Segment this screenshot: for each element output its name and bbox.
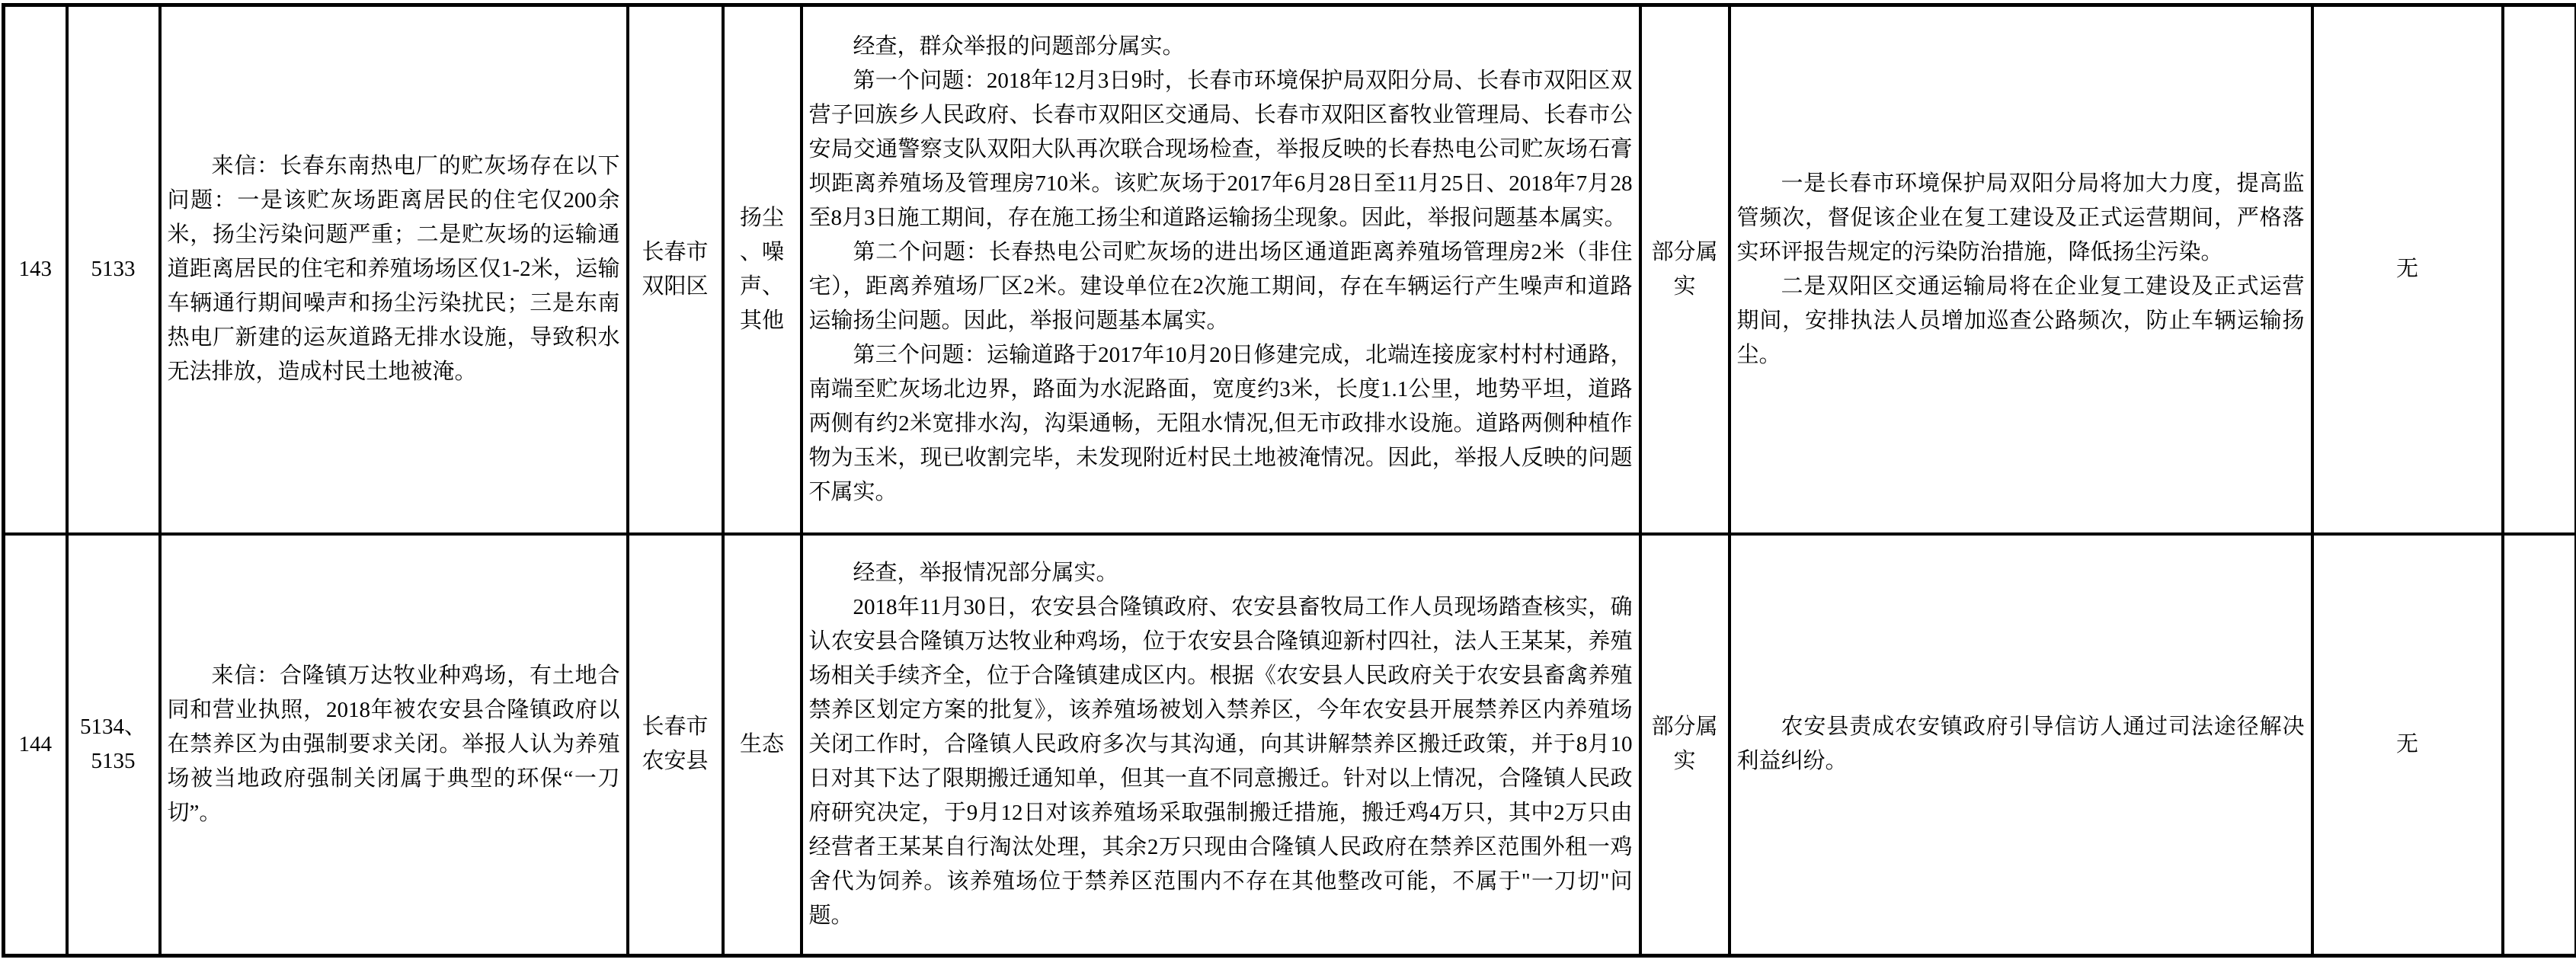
case-number-cell: 5134、 5135 — [67, 534, 160, 956]
remark-cell — [2503, 5, 2576, 534]
region-cell: 长春市 双阳区 — [628, 5, 723, 534]
verification-cell: 部分属 实 — [1640, 534, 1730, 956]
case-number-cell: 5133 — [67, 5, 160, 534]
measures-text: 一是长春市环境保护局双阳分局将加大力度，提高监管频次，督促该企业在复工建设及正式… — [1737, 167, 2305, 373]
measures-text: 农安县责成农安镇政府引导信访人通过司法途径解决利益纠纷。 — [1737, 710, 2305, 779]
table-row: 144 5134、 5135 来信：合隆镇万达牧业种鸡场，有土地合同和营业执照，… — [4, 534, 2576, 956]
accountability-cell: 无 — [2312, 534, 2503, 956]
verification-cell: 部分属 实 — [1640, 5, 1730, 534]
complaint-text: 来信：长春东南热电厂的贮灰场存在以下问题：一是该贮灰场距离居民的住宅仅200余米… — [168, 149, 620, 389]
complaint-cell: 来信：合隆镇万达牧业种鸡场，有土地合同和营业执照，2018年被农安县合隆镇政府以… — [160, 534, 628, 956]
investigation-cell: 经查，举报情况部分属实。2018年11月30日，农安县合隆镇政府、农安县畜牧局工… — [802, 534, 1640, 956]
complaint-text: 来信：合隆镇万达牧业种鸡场，有土地合同和营业执照，2018年被农安县合隆镇政府以… — [168, 659, 620, 830]
complaints-table: 143 5133 来信：长春东南热电厂的贮灰场存在以下问题：一是该贮灰场距离居民… — [2, 3, 2576, 958]
pollution-type-cell: 扬尘 、噪 声、 其他 — [723, 5, 802, 534]
investigation-text: 经查，举报情况部分属实。2018年11月30日，农安县合隆镇政府、农安县畜牧局工… — [809, 556, 1633, 933]
measures-cell: 一是长春市环境保护局双阳分局将加大力度，提高监管频次，督促该企业在复工建设及正式… — [1730, 5, 2312, 534]
region-cell: 长春市 农安县 — [628, 534, 723, 956]
complaint-cell: 来信：长春东南热电厂的贮灰场存在以下问题：一是该贮灰场距离居民的住宅仅200余米… — [160, 5, 628, 534]
index-cell: 144 — [4, 534, 67, 956]
document-page: { "rows": [ { "index": "143", "case_numb… — [0, 0, 2576, 969]
investigation-text: 经查，群众举报的问题部分属实。第一个问题：2018年12月3日9时，长春市环境保… — [809, 30, 1633, 510]
pollution-type-cell: 生态 — [723, 534, 802, 956]
table-row: 143 5133 来信：长春东南热电厂的贮灰场存在以下问题：一是该贮灰场距离居民… — [4, 5, 2576, 534]
remark-cell — [2503, 534, 2576, 956]
investigation-cell: 经查，群众举报的问题部分属实。第一个问题：2018年12月3日9时，长春市环境保… — [802, 5, 1640, 534]
index-cell: 143 — [4, 5, 67, 534]
measures-cell: 农安县责成农安镇政府引导信访人通过司法途径解决利益纠纷。 — [1730, 534, 2312, 956]
accountability-cell: 无 — [2312, 5, 2503, 534]
